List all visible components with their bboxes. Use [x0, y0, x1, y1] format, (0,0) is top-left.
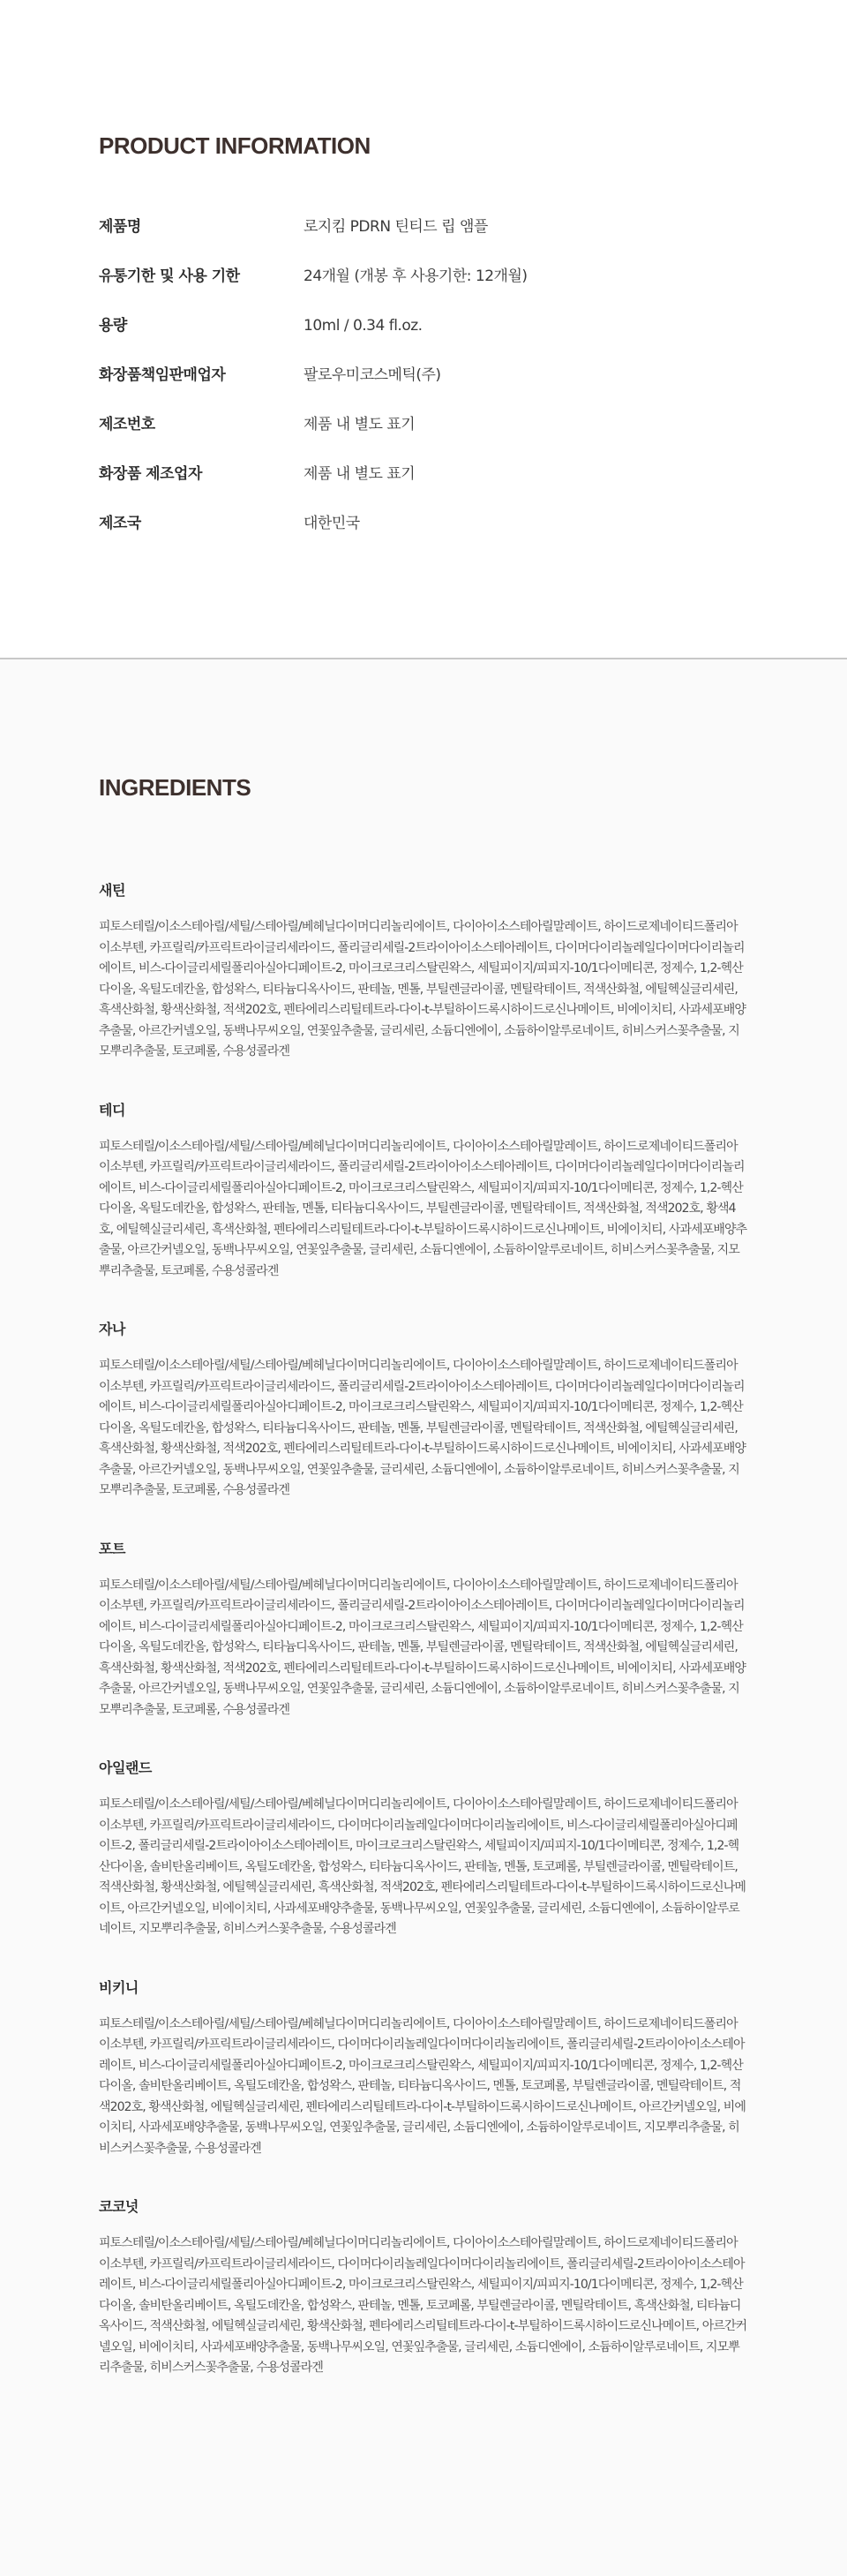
ingredient-item-island: 아일랜드 피토스테릴/이소스테아릴/세틸/스테아릴/베헤닐다이머디리놀리에이트,…: [99, 1758, 748, 1940]
product-information-section: PRODUCT INFORMATION 제품명 로지킴 PDRN 틴티드 립 앰…: [0, 0, 847, 659]
info-row-product-name: 제품명 로지킴 PDRN 틴티드 립 앰플: [99, 215, 748, 265]
info-value: 팔로우미코스메틱(주): [304, 364, 441, 387]
info-value: 로지킴 PDRN 틴티드 립 앰플: [304, 215, 488, 238]
info-label: 제품명: [99, 215, 304, 238]
ingredient-item-zana: 자나 피토스테릴/이소스테아릴/세틸/스테아릴/베헤닐다이머디리놀리에이트, 다…: [99, 1319, 748, 1502]
ingredient-shade-name: 포트: [99, 1539, 748, 1560]
ingredient-shade-name: 아일랜드: [99, 1758, 748, 1779]
ingredients-section: INGREDIENTS 새틴 피토스테릴/이소스테아릴/세틸/스테아릴/베헤닐다…: [0, 659, 847, 2522]
ingredient-item-bikini: 비키니 피토스테릴/이소스테아릴/세틸/스테아릴/베헤닐다이머디리놀리에이트, …: [99, 1977, 748, 2160]
info-label: 화장품 제조업자: [99, 463, 304, 486]
info-value: 제품 내 별도 표기: [304, 463, 415, 486]
info-row-country: 제조국 대한민국: [99, 512, 748, 561]
ingredient-item-port: 포트 피토스테릴/이소스테아릴/세틸/스테아릴/베헤닐다이머디리놀리에이트, 다…: [99, 1539, 748, 1721]
ingredient-shade-name: 코코넛: [99, 2196, 748, 2218]
ingredient-shade-name: 자나: [99, 1319, 748, 1340]
info-row-expiry: 유통기한 및 사용 기한 24개월 (개봉 후 사용기한: 12개월): [99, 265, 748, 314]
ingredient-list-text: 피토스테릴/이소스테아릴/세틸/스테아릴/베헤닐다이머디리놀리에이트, 다이아이…: [99, 1137, 748, 1283]
info-row-distributor: 화장품책임판매업자 팔로우미코스메틱(주): [99, 364, 748, 413]
info-label: 제조번호: [99, 413, 304, 436]
ingredient-list-text: 피토스테릴/이소스테아릴/세틸/스테아릴/베헤닐다이머디리놀리에이트, 다이아이…: [99, 2233, 748, 2379]
product-information-title: PRODUCT INFORMATION: [99, 131, 748, 161]
info-value: 제품 내 별도 표기: [304, 413, 415, 436]
ingredient-item-satin: 새틴 피토스테릴/이소스테아릴/세틸/스테아릴/베헤닐다이머디리놀리에이트, 다…: [99, 880, 748, 1063]
ingredient-list-text: 피토스테릴/이소스테아릴/세틸/스테아릴/베헤닐다이머디리놀리에이트, 다이아이…: [99, 1356, 748, 1502]
product-info-table: 제품명 로지킴 PDRN 틴티드 립 앰플 유통기한 및 사용 기한 24개월 …: [99, 215, 748, 561]
ingredient-list-text: 피토스테릴/이소스테아릴/세틸/스테아릴/베헤닐다이머디리놀리에이트, 다이아이…: [99, 917, 748, 1063]
info-label: 용량: [99, 314, 304, 337]
ingredient-item-coconut: 코코넛 피토스테릴/이소스테아릴/세틸/스테아릴/베헤닐다이머디리놀리에이트, …: [99, 2196, 748, 2379]
ingredient-list-text: 피토스테릴/이소스테아릴/세틸/스테아릴/베헤닐다이머디리놀리에이트, 다이아이…: [99, 1576, 748, 1721]
ingredients-title: INGREDIENTS: [99, 772, 748, 802]
info-row-volume: 용량 10ml / 0.34 fl.oz.: [99, 314, 748, 364]
info-value: 24개월 (개봉 후 사용기한: 12개월): [304, 265, 528, 288]
info-label: 제조국: [99, 512, 304, 535]
ingredients-list: 새틴 피토스테릴/이소스테아릴/세틸/스테아릴/베헤닐다이머디리놀리에이트, 다…: [99, 880, 748, 2379]
info-value: 대한민국: [304, 512, 360, 535]
ingredient-shade-name: 새틴: [99, 880, 748, 901]
ingredient-list-text: 피토스테릴/이소스테아릴/세틸/스테아릴/베헤닐다이머디리놀리에이트, 다이아이…: [99, 1795, 748, 1940]
info-value: 10ml / 0.34 fl.oz.: [304, 314, 423, 337]
ingredient-shade-name: 비키니: [99, 1977, 748, 1999]
info-row-manufacturer: 화장품 제조업자 제품 내 별도 표기: [99, 463, 748, 512]
info-row-lot-number: 제조번호 제품 내 별도 표기: [99, 413, 748, 463]
ingredient-shade-name: 테디: [99, 1100, 748, 1121]
ingredient-list-text: 피토스테릴/이소스테아릴/세틸/스테아릴/베헤닐다이머디리놀리에이트, 다이아이…: [99, 2015, 748, 2160]
ingredient-item-teddy: 테디 피토스테릴/이소스테아릴/세틸/스테아릴/베헤닐다이머디리놀리에이트, 다…: [99, 1100, 748, 1283]
info-label: 화장품책임판매업자: [99, 364, 304, 387]
info-label: 유통기한 및 사용 기한: [99, 265, 304, 288]
